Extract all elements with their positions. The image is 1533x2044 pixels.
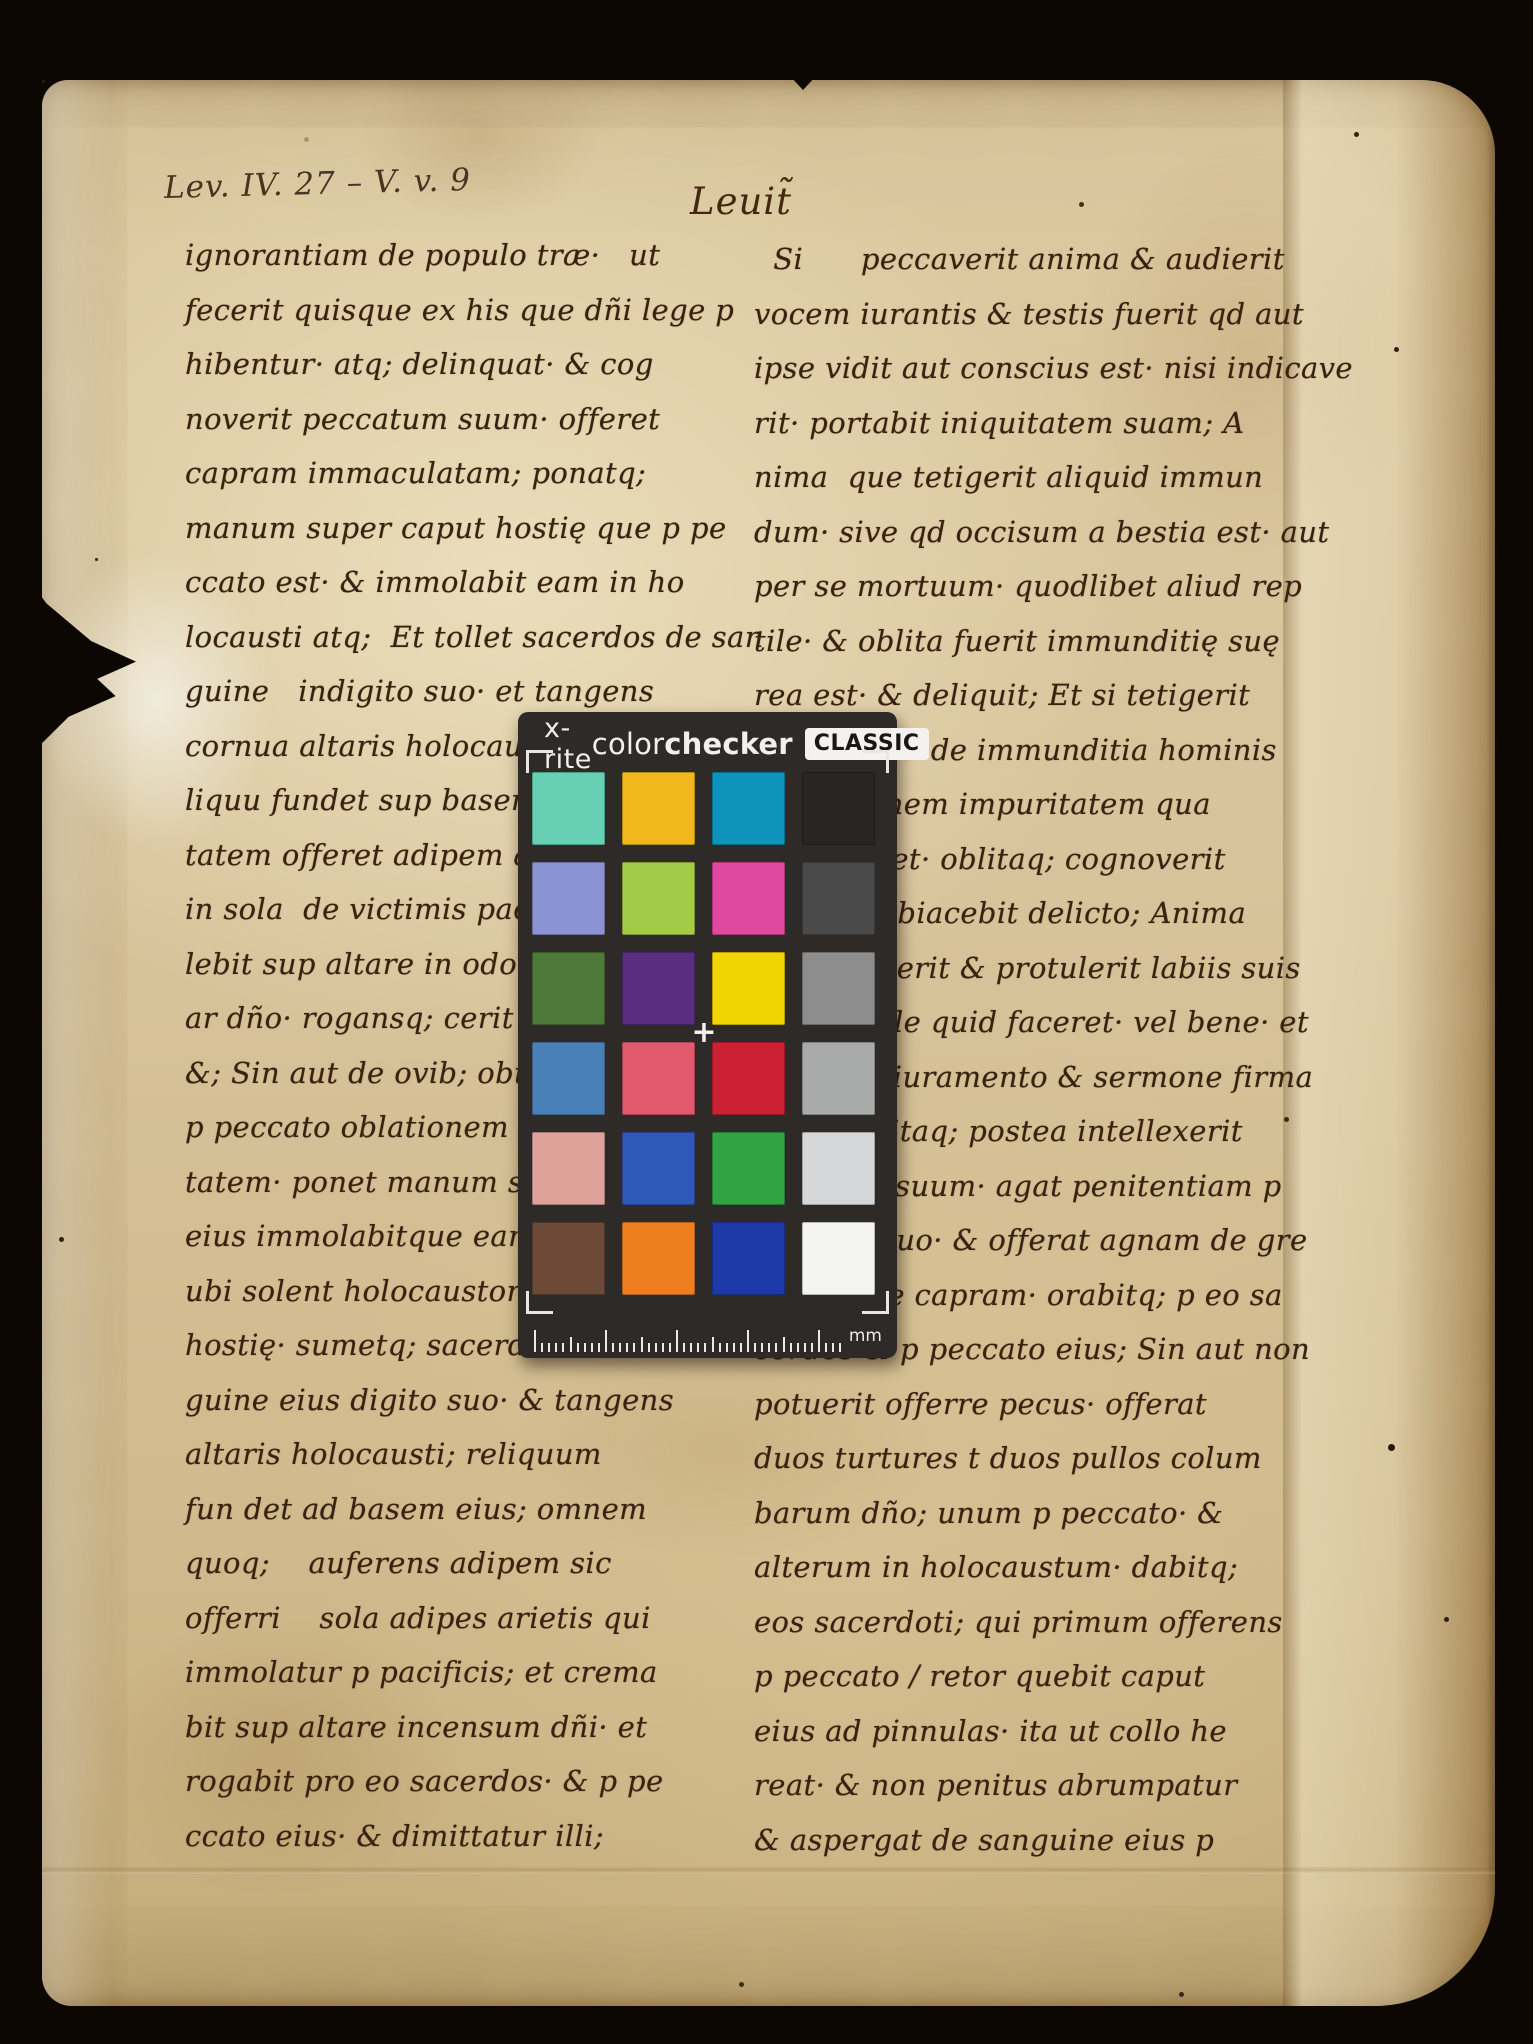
- corner-bracket-top-left: [526, 750, 553, 773]
- manuscript-line: Si peccaverit anima & audierit: [754, 232, 1354, 287]
- manuscript-line: locausti atq; Et tollet sacerdos de san: [185, 610, 785, 665]
- manuscript-line: ipse vidit aut conscius est· nisi indica…: [754, 341, 1354, 396]
- manuscript-line: per se mortuum· quodlibet aliud rep: [754, 559, 1354, 614]
- ruler-tick: [619, 1343, 621, 1352]
- running-title: Leuit̃: [690, 180, 792, 223]
- manuscript-line: rogabit pro eo sacerdos· & p pe: [185, 1754, 785, 1809]
- manuscript-line: offerri sola adipes arietis qui: [185, 1591, 785, 1646]
- ruler-tick: [712, 1337, 714, 1352]
- color-patch-neutral-8: [802, 1132, 875, 1205]
- ruler-tick: [655, 1343, 657, 1352]
- ruler-tick: [818, 1330, 820, 1352]
- color-patch-white: [802, 1222, 875, 1295]
- horizontal-crease: [42, 1866, 1495, 1874]
- color-patch-yellow-green: [622, 862, 695, 935]
- color-patch-orange: [622, 1222, 695, 1295]
- ruler-tick: [683, 1343, 685, 1352]
- ruler-tick: [648, 1343, 650, 1352]
- manuscript-line: immolatur p pacificis; et crema: [185, 1645, 785, 1700]
- product-label: colorchecker: [592, 727, 793, 761]
- colorchecker-header: x-rite colorchecker CLASSIC: [536, 724, 883, 764]
- ruler-tick: [633, 1343, 635, 1352]
- manuscript-line: p peccato / retor quebit caput: [754, 1649, 1354, 1704]
- manuscript-line: ccato est· & immolabit eam in ho: [185, 555, 785, 610]
- product-label-bold: checker: [664, 727, 793, 761]
- manuscript-line: fecerit quisque ex his que dñi lege p: [185, 283, 785, 338]
- ruler-tick: [775, 1343, 777, 1352]
- manuscript-line: quoq; auferens adipem sic: [185, 1536, 785, 1591]
- manuscript-line: hibentur· atq; delinquat· & cog: [185, 337, 785, 392]
- ruler-tick: [811, 1343, 813, 1352]
- ruler-tick: [591, 1343, 593, 1352]
- color-patch-moderate-red: [622, 1042, 695, 1115]
- center-crosshair: +: [691, 1018, 716, 1048]
- color-patch-black: [802, 772, 875, 845]
- ruler-tick: [797, 1343, 799, 1352]
- ruler-tick: [584, 1343, 586, 1352]
- color-patch-blue: [712, 1222, 785, 1295]
- ruler-tick: [790, 1343, 792, 1352]
- ruler-tick: [541, 1343, 543, 1352]
- edge-nick: [790, 76, 816, 90]
- ruler-tick: [570, 1337, 572, 1352]
- manuscript-line: rit· portabit iniquitatem suam; A: [754, 396, 1354, 451]
- ruler-unit-label: mm: [849, 1326, 882, 1346]
- ruler-tick: [754, 1343, 756, 1352]
- manuscript-line: vocem iurantis & testis fuerit qd aut: [754, 287, 1354, 342]
- ruler-tick: [761, 1343, 763, 1352]
- manuscript-line: ignorantiam de populo træ· ut: [185, 228, 785, 283]
- color-patch-cyan: [712, 772, 785, 845]
- manuscript-line: guine eius digito suo· & tangens: [185, 1373, 785, 1428]
- ruler-tick: [662, 1343, 664, 1352]
- ruler-tick: [626, 1343, 628, 1352]
- ruler-tick: [612, 1343, 614, 1352]
- color-patch-purple: [622, 952, 695, 1025]
- ruler-tick: [726, 1343, 728, 1352]
- ruler-tick: [747, 1330, 749, 1352]
- color-patch-neutral-3-5: [802, 862, 875, 935]
- color-patch-purplish-blue: [622, 1132, 695, 1205]
- manuscript-line: reat· & non penitus abrumpatur: [754, 1758, 1354, 1813]
- manuscript-line: altaris holocausti; reliquum: [185, 1427, 785, 1482]
- photograph-stage: Lev. IV. 27 – V. v. 9 Leuit̃ ignorantiam…: [0, 0, 1533, 2044]
- manuscript-line: eius ad pinnulas· ita ut collo he: [754, 1704, 1354, 1759]
- margin-reference-note: Lev. IV. 27 – V. v. 9: [164, 162, 472, 206]
- manuscript-line: & aspergat de sanguine eius p: [754, 1813, 1354, 1868]
- color-patch-bluish-green: [532, 772, 605, 845]
- ruler-tick: [577, 1343, 579, 1352]
- ruler-tick: [562, 1343, 564, 1352]
- ruler-tick: [697, 1343, 699, 1352]
- manuscript-line: bit sup altare incensum dñi· et: [185, 1700, 785, 1755]
- ruler-tick: [676, 1330, 678, 1352]
- ruler-tick: [733, 1343, 735, 1352]
- manuscript-line: tile· & oblita fuerit immunditię suę: [754, 614, 1354, 669]
- ruler-tick: [534, 1330, 536, 1352]
- manuscript-line: noverit peccatum suum· offeret: [185, 392, 785, 447]
- manuscript-line: ccato eius· & dimittatur illi;: [185, 1809, 785, 1864]
- color-patch-orange-yellow: [622, 772, 695, 845]
- color-patch-foliage: [532, 952, 605, 1025]
- ruler-tick: [690, 1343, 692, 1352]
- manuscript-line: eos sacerdoti; qui primum offerens: [754, 1595, 1354, 1650]
- ruler-tick: [669, 1343, 671, 1352]
- color-patch-red: [712, 1042, 785, 1115]
- ruler-tick: [839, 1343, 841, 1352]
- ruler-tick: [768, 1343, 770, 1352]
- manuscript-line: manum super caput hostię que p pe: [185, 501, 785, 556]
- manuscript-line: alterum in holocaustum· dabitq;: [754, 1540, 1354, 1595]
- color-patch-green: [712, 1132, 785, 1205]
- manuscript-line: fun det ad basem eius; omnem: [185, 1482, 785, 1537]
- ruler-tick: [598, 1343, 600, 1352]
- ruler-tick: [548, 1343, 550, 1352]
- ruler-tick: [783, 1337, 785, 1352]
- ruler-ticks: [534, 1328, 844, 1352]
- ruler-tick: [555, 1343, 557, 1352]
- ruler-tick: [605, 1330, 607, 1352]
- manuscript-line: capram immaculatam; ponatq;: [185, 446, 785, 501]
- manuscript-line: duos turtures t duos pullos colum: [754, 1431, 1354, 1486]
- color-patch-neutral-6-5: [802, 1042, 875, 1115]
- product-label-light: color: [592, 727, 664, 761]
- ruler-tick: [641, 1337, 643, 1352]
- manuscript-line: barum dño; unum p peccato· &: [754, 1486, 1354, 1541]
- ruler-tick: [825, 1343, 827, 1352]
- wormholes: [42, 80, 45, 83]
- color-patch-dark-skin: [532, 1222, 605, 1295]
- manuscript-line: guine indigito suo· et tangens: [185, 664, 785, 719]
- color-patch-neutral-5: [802, 952, 875, 1025]
- color-patch-yellow: [712, 952, 785, 1025]
- corner-bracket-top-right: [862, 750, 889, 773]
- color-patch-magenta: [712, 862, 785, 935]
- colorchecker-card: x-rite colorchecker CLASSIC + mm: [518, 712, 897, 1358]
- ruler-tick: [704, 1343, 706, 1352]
- manuscript-line: potuerit offerre pecus· offerat: [754, 1377, 1354, 1432]
- color-patch-blue-sky: [532, 1042, 605, 1115]
- ruler-tick: [719, 1343, 721, 1352]
- manuscript-line: nima que tetigerit aliquid immun: [754, 450, 1354, 505]
- millimeter-ruler: mm: [534, 1328, 882, 1352]
- edge-tear: [34, 586, 136, 758]
- ruler-tick: [804, 1343, 806, 1352]
- ruler-tick: [740, 1343, 742, 1352]
- ruler-tick: [832, 1343, 834, 1352]
- manuscript-line: dum· sive qd occisum a bestia est· aut: [754, 505, 1354, 560]
- color-patch-light-skin: [532, 1132, 605, 1205]
- color-patch-blue-flower: [532, 862, 605, 935]
